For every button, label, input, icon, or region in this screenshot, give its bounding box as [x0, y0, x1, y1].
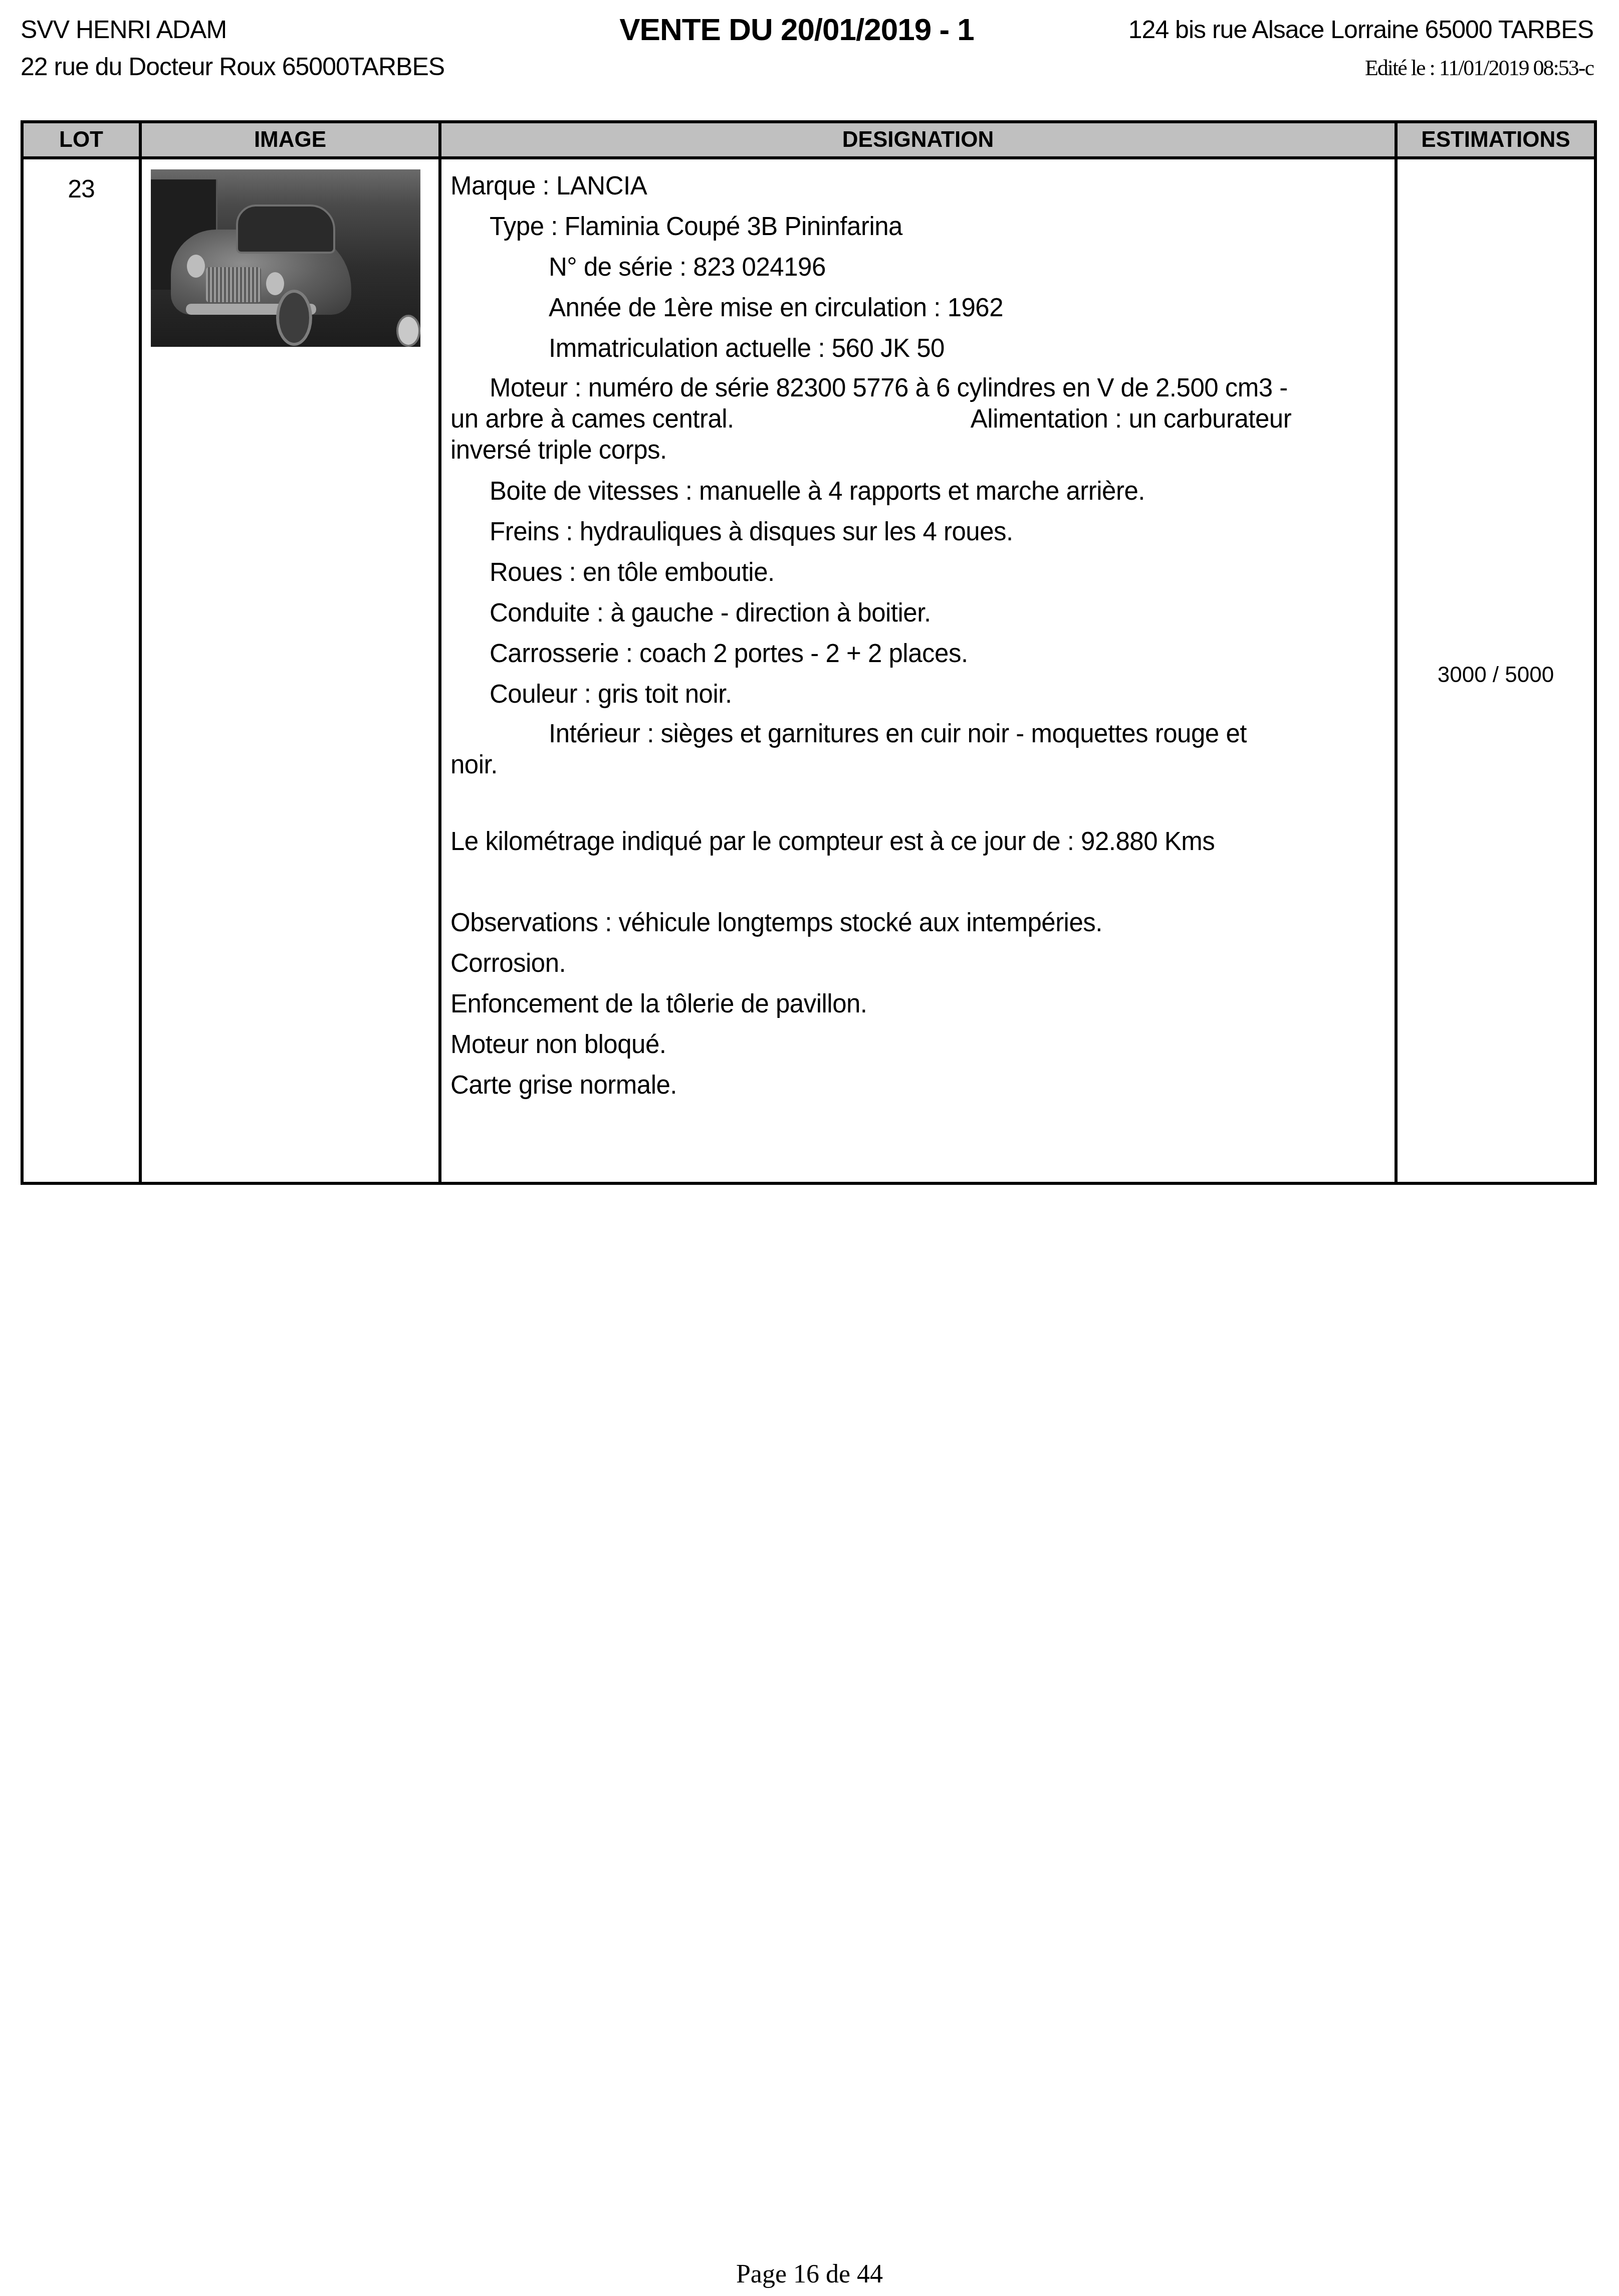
designation-interior: Intérieur : sièges et garnitures en cuir… [450, 718, 1384, 780]
designation-type: Type : Flaminia Coupé 3B Pininfarina [450, 206, 1384, 247]
designation-body: Carrosserie : coach 2 portes - 2 + 2 pla… [450, 633, 1384, 674]
engine-fuel: Alimentation : un carburateur [971, 404, 1291, 433]
table-header-row: LOT IMAGE DESIGNATION ESTIMATIONS [22, 122, 1595, 158]
column-header-lot: LOT [22, 122, 140, 158]
sale-title: VENTE DU 20/01/2019 - 1 [581, 12, 1012, 48]
photo-car-roof [236, 204, 335, 254]
lot-cell: 23 [22, 158, 140, 1183]
company-name: SVV HENRI ADAM [21, 15, 226, 44]
photo-car-grille [206, 267, 261, 302]
table-row: 23 [22, 158, 1595, 1183]
engine-line-1: Moteur : numéro de série 82300 5776 à 6 … [450, 372, 1384, 403]
designation-driving: Conduite : à gauche - direction à boitie… [450, 592, 1384, 633]
interior-line-1: Intérieur : sièges et garnitures en cuir… [450, 718, 1384, 749]
designation-brakes: Freins : hydrauliques à disques sur les … [450, 511, 1384, 552]
photo-headlight [266, 272, 284, 295]
column-header-image: IMAGE [140, 122, 440, 158]
lot-number: 23 [24, 159, 139, 203]
designation-marque: Marque : LANCIA [450, 165, 1384, 206]
designation-cell: Marque : LANCIA Type : Flaminia Coupé 3B… [440, 158, 1396, 1183]
estimation-value: 3000 / 5000 [1398, 159, 1594, 688]
engine-camshaft: un arbre à cames central. [450, 404, 734, 433]
observation-line: Carte grise normale. [450, 1065, 1384, 1105]
interior-line-2: noir. [450, 749, 1384, 780]
column-header-estimations: ESTIMATIONS [1396, 122, 1595, 158]
engine-line-2: un arbre à cames central.Alimentation : … [450, 403, 1384, 435]
company-address: 22 rue du Docteur Roux 65000TARBES [21, 52, 444, 81]
edited-timestamp: Edité le : 11/01/2019 08:53-c [1365, 55, 1593, 81]
designation-text: Marque : LANCIA Type : Flaminia Coupé 3B… [441, 159, 1395, 1105]
lots-table: LOT IMAGE DESIGNATION ESTIMATIONS 23 [21, 120, 1597, 1185]
column-header-designation: DESIGNATION [440, 122, 1396, 158]
designation-gearbox: Boite de vitesses : manuelle à 4 rapport… [450, 471, 1384, 511]
photo-headlight [187, 255, 205, 278]
designation-color: Couleur : gris toit noir. [450, 674, 1384, 714]
designation-engine: Moteur : numéro de série 82300 5776 à 6 … [450, 372, 1384, 466]
observation-line: Enfoncement de la tôlerie de pavillon. [450, 983, 1384, 1024]
designation-mileage: Le kilométrage indiqué par le compteur e… [450, 821, 1384, 862]
observation-line: Observations : véhicule longtemps stocké… [450, 902, 1384, 943]
page-number: Page 16 de 44 [0, 2259, 1619, 2289]
photo-right-car-lamp [396, 315, 420, 347]
image-cell [140, 158, 440, 1183]
car-photo[interactable] [151, 169, 420, 347]
designation-registration: Immatriculation actuelle : 560 JK 50 [450, 328, 1384, 368]
photo-wheel [276, 290, 312, 346]
designation-wheels: Roues : en tôle emboutie. [450, 552, 1384, 592]
estimation-cell: 3000 / 5000 [1396, 158, 1595, 1183]
designation-year: Année de 1ère mise en circulation : 1962 [450, 287, 1384, 328]
sale-address: 124 bis rue Alsace Lorraine 65000 TARBES [1128, 15, 1593, 44]
engine-line-3: inversé triple corps. [450, 435, 1384, 466]
designation-serial: N° de série : 823 024196 [450, 247, 1384, 287]
observation-line: Corrosion. [450, 943, 1384, 983]
observation-line: Moteur non bloqué. [450, 1024, 1384, 1065]
